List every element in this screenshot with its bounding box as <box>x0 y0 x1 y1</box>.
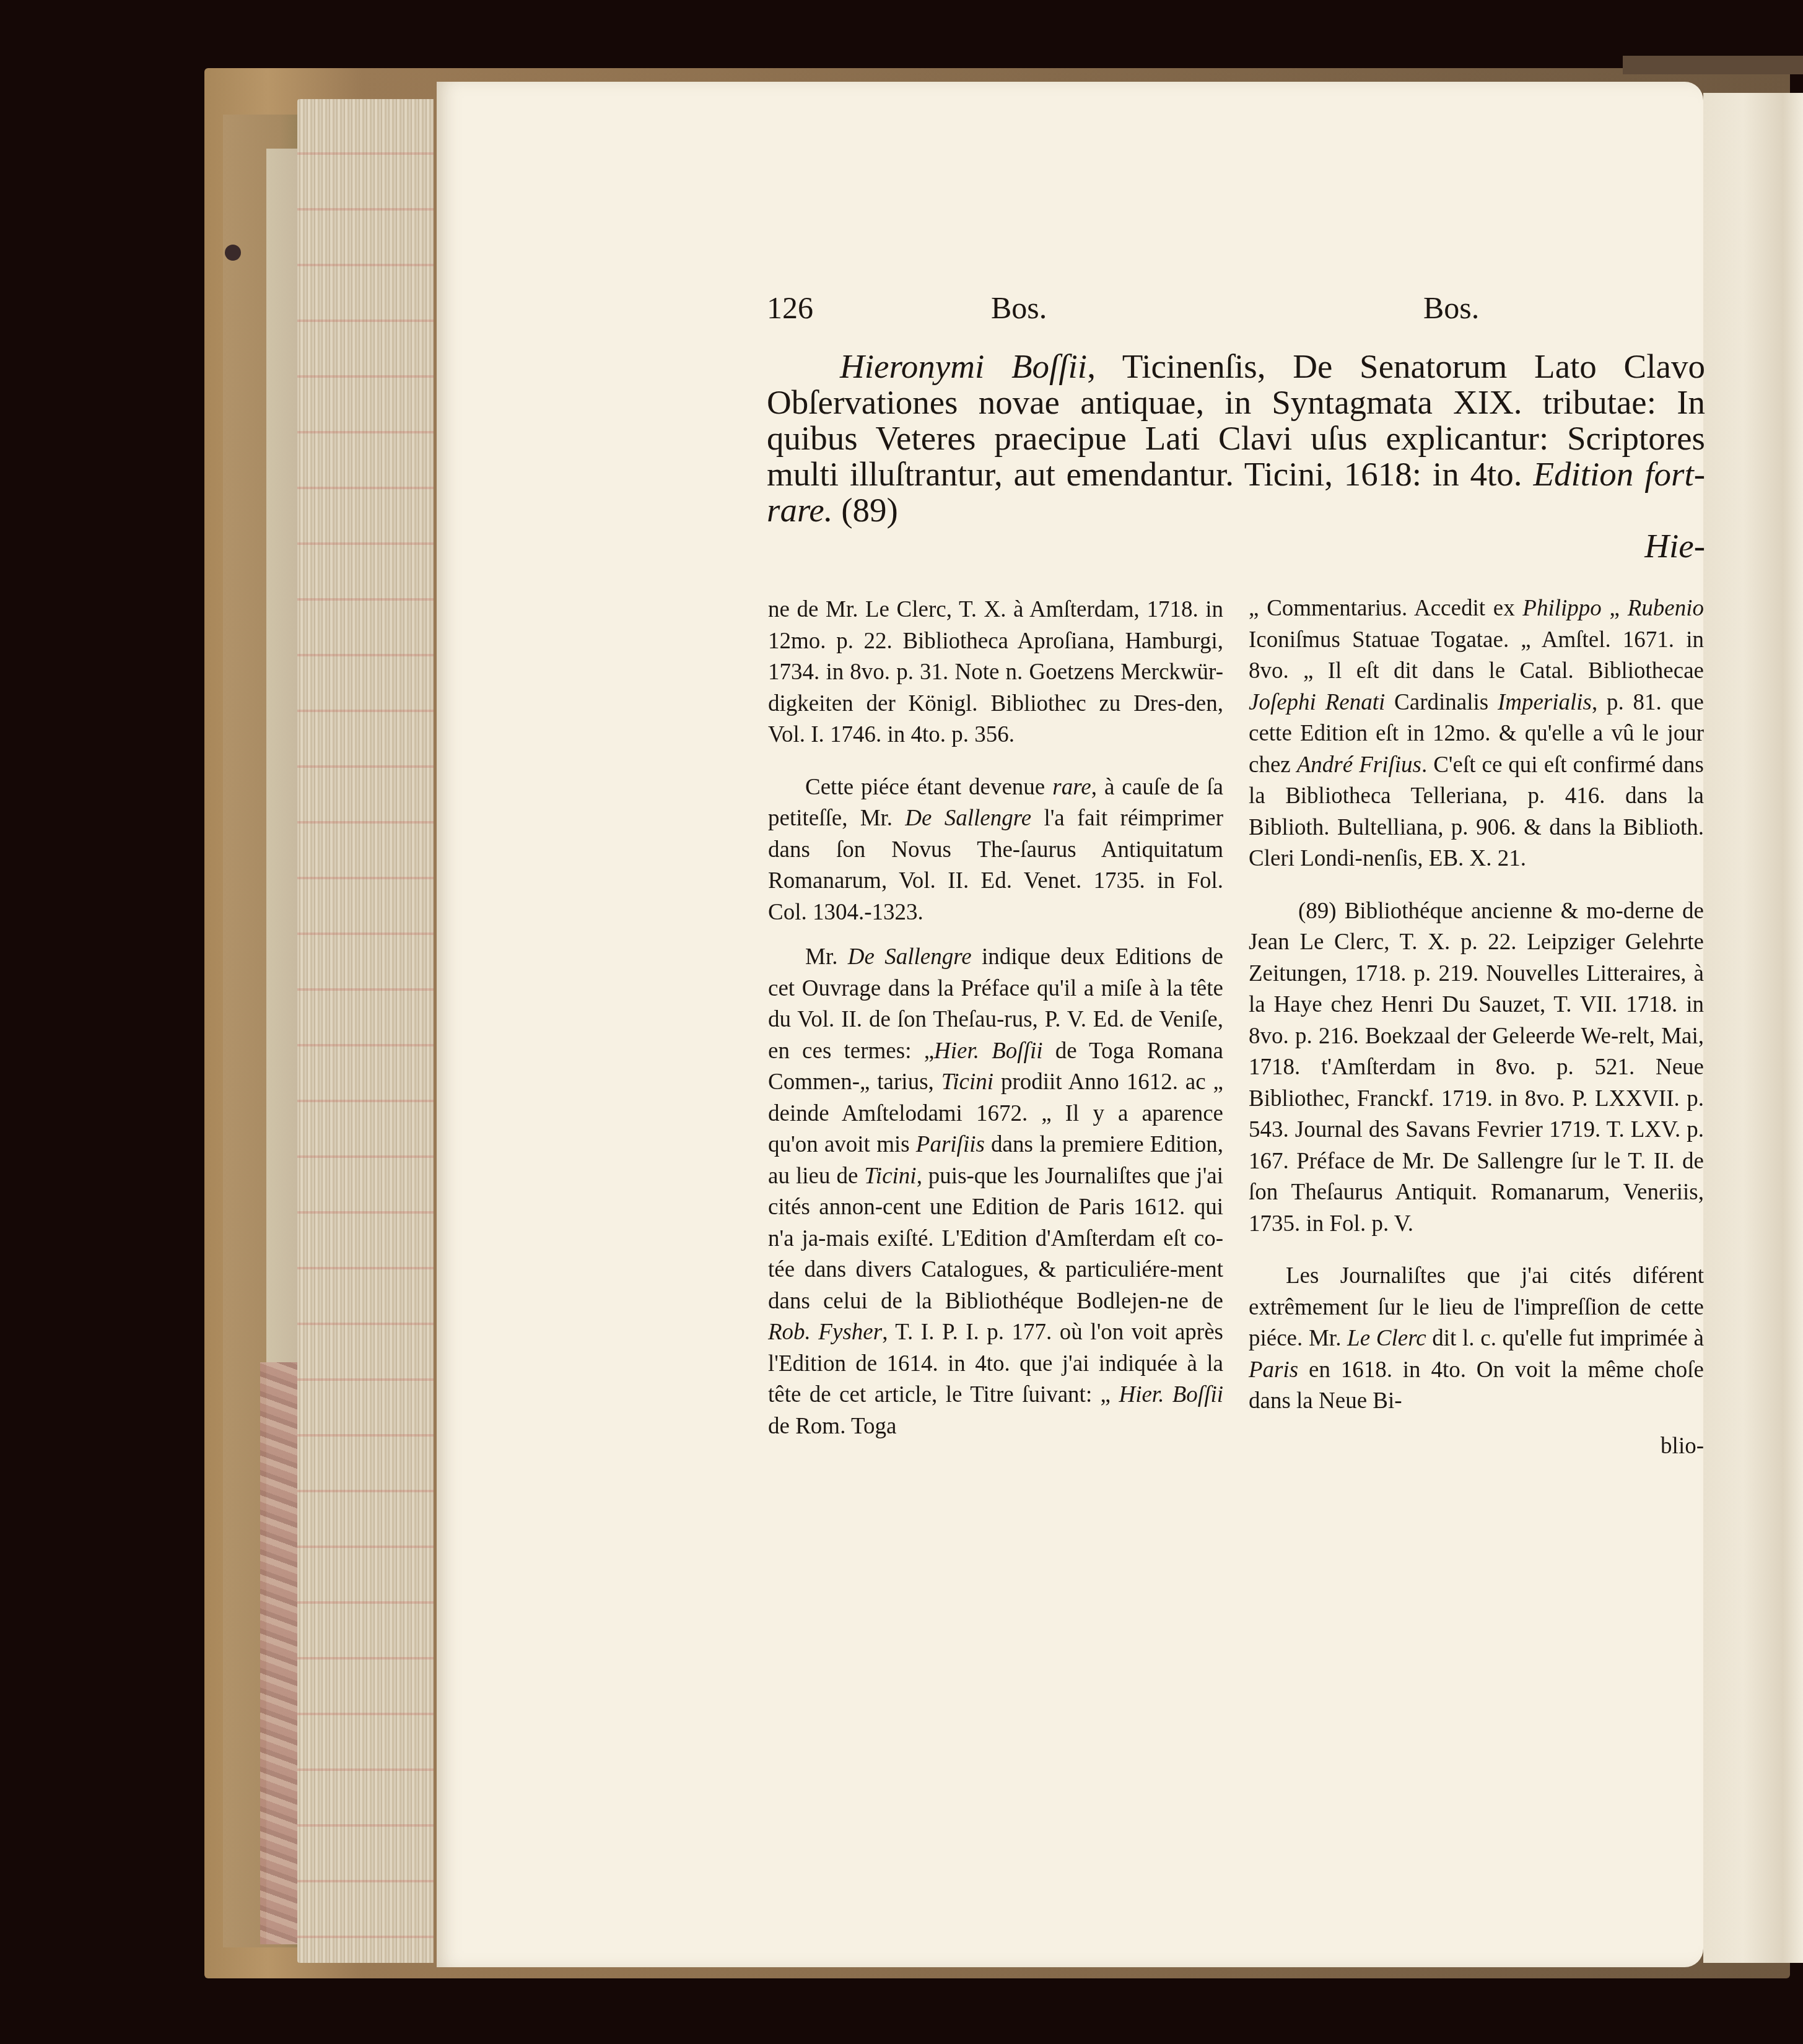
text: Iconiſmus Statuae Togatae. „ Amſtel. 167… <box>1249 627 1704 684</box>
italic-text: De Sallengre <box>848 944 972 970</box>
italic-text: Rob. Fysher <box>768 1320 882 1345</box>
paragraph: „ Commentarius. Accedit ex Philippo „ Ru… <box>1249 593 1704 875</box>
italic-text: Paris <box>1249 1357 1298 1383</box>
text: Cette piéce étant devenue <box>805 775 1052 800</box>
bibliographic-entry: Hieronymi Boſſii, Ticinenſis, De Senator… <box>767 349 1705 564</box>
italic-text: Hier. Boſſii <box>934 1038 1042 1064</box>
italic-text: Rubenio <box>1628 596 1704 621</box>
italic-text: Imperialis <box>1498 690 1592 715</box>
text: en 1618. in 4to. On voit la même choſe d… <box>1249 1357 1704 1414</box>
italic-text: Hier. Boſſii <box>1119 1382 1223 1407</box>
catchword: Hie- <box>767 528 1705 564</box>
footnote-ref: (89) <box>832 491 897 529</box>
italic-text: Ticini <box>864 1163 916 1189</box>
entry-author: Hieronymi Boſſii <box>840 347 1087 385</box>
paragraph: Les Journaliſtes que j'ai cités diférent… <box>1249 1261 1704 1417</box>
cover-edge-right <box>1623 56 1803 74</box>
paragraph: Mr. De Sallengre indique deux Editions d… <box>768 942 1223 1442</box>
paragraph: Cette piéce étant devenue rare, à cauſe … <box>768 772 1223 929</box>
italic-text: Le Clerc <box>1347 1326 1426 1351</box>
entry-title: Hieronymi Boſſii, Ticinenſis, De Senator… <box>767 349 1705 528</box>
text: „ Commentarius. Accedit ex <box>1249 596 1522 621</box>
page-edges-stack <box>297 99 434 1963</box>
running-head-left: Bos. <box>991 286 1047 329</box>
text: „ <box>1602 596 1628 621</box>
page-number: 126 <box>767 286 813 329</box>
italic-text: Philippo <box>1522 596 1601 621</box>
paragraph: ne de Mr. Le Clerc, T. X. à Amſterdam, 1… <box>768 594 1223 751</box>
italic-text: Joſephi Renati <box>1249 690 1385 715</box>
text: Mr. <box>805 944 848 970</box>
left-column: ne de Mr. Le Clerc, T. X. à Amſterdam, 1… <box>768 594 1223 1456</box>
text: Cardinalis <box>1385 690 1498 715</box>
text: dit l. c. qu'elle fut imprimée à <box>1426 1326 1704 1351</box>
italic-text: Ticini <box>941 1069 993 1095</box>
running-head-right: Bos. <box>1423 286 1479 329</box>
italic-text: De Sallengre <box>905 806 1031 831</box>
text: ne de Mr. Le Clerc, T. X. à Amſterdam, 1… <box>768 597 1223 747</box>
text: de Rom. Toga <box>768 1414 896 1439</box>
binding-stud-icon <box>225 245 241 261</box>
facing-page-edge[interactable] <box>1703 93 1803 1963</box>
footnote-89: (89) Bibliothéque ancienne & mo-derne de… <box>1249 896 1704 1240</box>
right-column: „ Commentarius. Accedit ex Philippo „ Ru… <box>1249 593 1704 1462</box>
italic-text: Pariſiis <box>916 1132 985 1157</box>
text: (89) Bibliothéque ancienne & mo-derne de… <box>1249 898 1704 1237</box>
italic-text: André Friſius <box>1297 752 1421 778</box>
catchword: blio- <box>1249 1431 1704 1463</box>
italic-text: rare <box>1052 775 1091 800</box>
